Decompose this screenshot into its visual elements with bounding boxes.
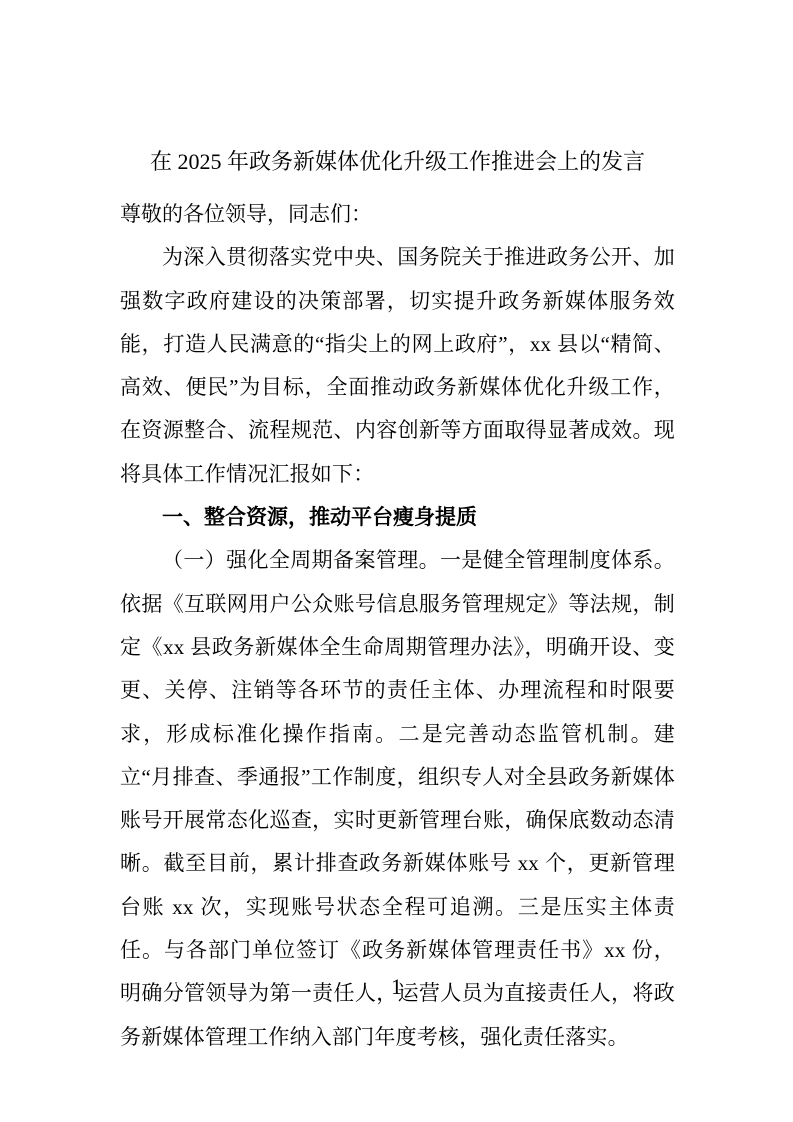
page-number: 1 bbox=[0, 972, 793, 1002]
paragraph-intro: 为深入贯彻落实党中央、国务院关于推进政务公开、加强数字政府建设的决策部署，切实提… bbox=[120, 236, 675, 496]
section-heading-1: 一、整合资源，推动平台瘦身提质 bbox=[120, 496, 675, 539]
document-title: 在 2025 年政务新媒体优化升级工作推进会上的发言 bbox=[120, 140, 675, 183]
document-page: 在 2025 年政务新媒体优化升级工作推进会上的发言 尊敬的各位领导，同志们： … bbox=[0, 0, 793, 1122]
salutation-line: 尊敬的各位领导，同志们： bbox=[120, 193, 675, 236]
